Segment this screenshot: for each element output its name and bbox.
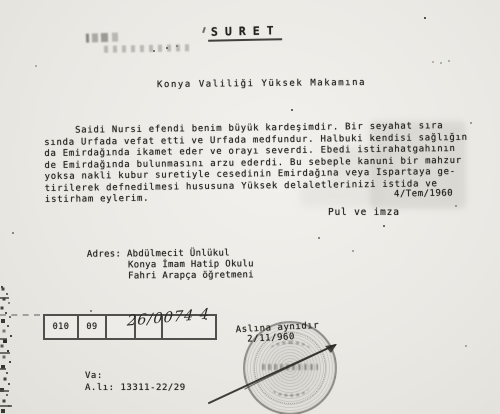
addressee-line: Konya Valiliği Yüksek Makamına — [157, 78, 366, 90]
registry-number-box: 010 09 26/0074 4 — [43, 314, 217, 340]
faded-stamp-smudge — [86, 32, 124, 42]
address-line: Fahri Arapça öğretmeni — [128, 271, 254, 283]
faded-stamp-smudge — [104, 44, 190, 52]
scan-edge-noise — [1, 286, 3, 288]
reference-number-block: Va: A.lı: 13311-22/29 — [85, 371, 186, 394]
margin-dashes — [0, 314, 40, 316]
footer-line: Va: — [85, 371, 186, 383]
photocopy-specks — [0, 0, 2, 2]
registry-cell: 010 — [45, 316, 79, 338]
registry-cell: 09 — [79, 316, 107, 338]
address-name: Abdülmecit Ünlükul — [127, 248, 230, 259]
scan-edge-noise — [0, 352, 10, 354]
scanned-document-page: SURET Konya Valiliği Yüksek Makamına Sai… — [0, 0, 500, 414]
address-block: Adres: Abdülmecit Ünlükul Konya İmam Hat… — [87, 248, 254, 283]
scan-edge-noise — [0, 297, 9, 299]
petition-date: 4/Tem/1960 — [394, 188, 453, 199]
scan-edge-noise — [0, 405, 12, 407]
document-title: SURET — [208, 23, 282, 42]
signature-pen-stroke — [195, 332, 350, 412]
title-smudge-mark — [202, 27, 206, 33]
scan-edge-noise — [0, 368, 6, 370]
address-label: Adres: — [87, 249, 121, 259]
footer-line: A.lı: 13311-22/29 — [85, 383, 186, 395]
scan-edge-noise — [0, 338, 7, 340]
stamp-and-signature-note: Pul ve imza — [328, 207, 400, 218]
scan-edge-noise — [0, 390, 9, 392]
